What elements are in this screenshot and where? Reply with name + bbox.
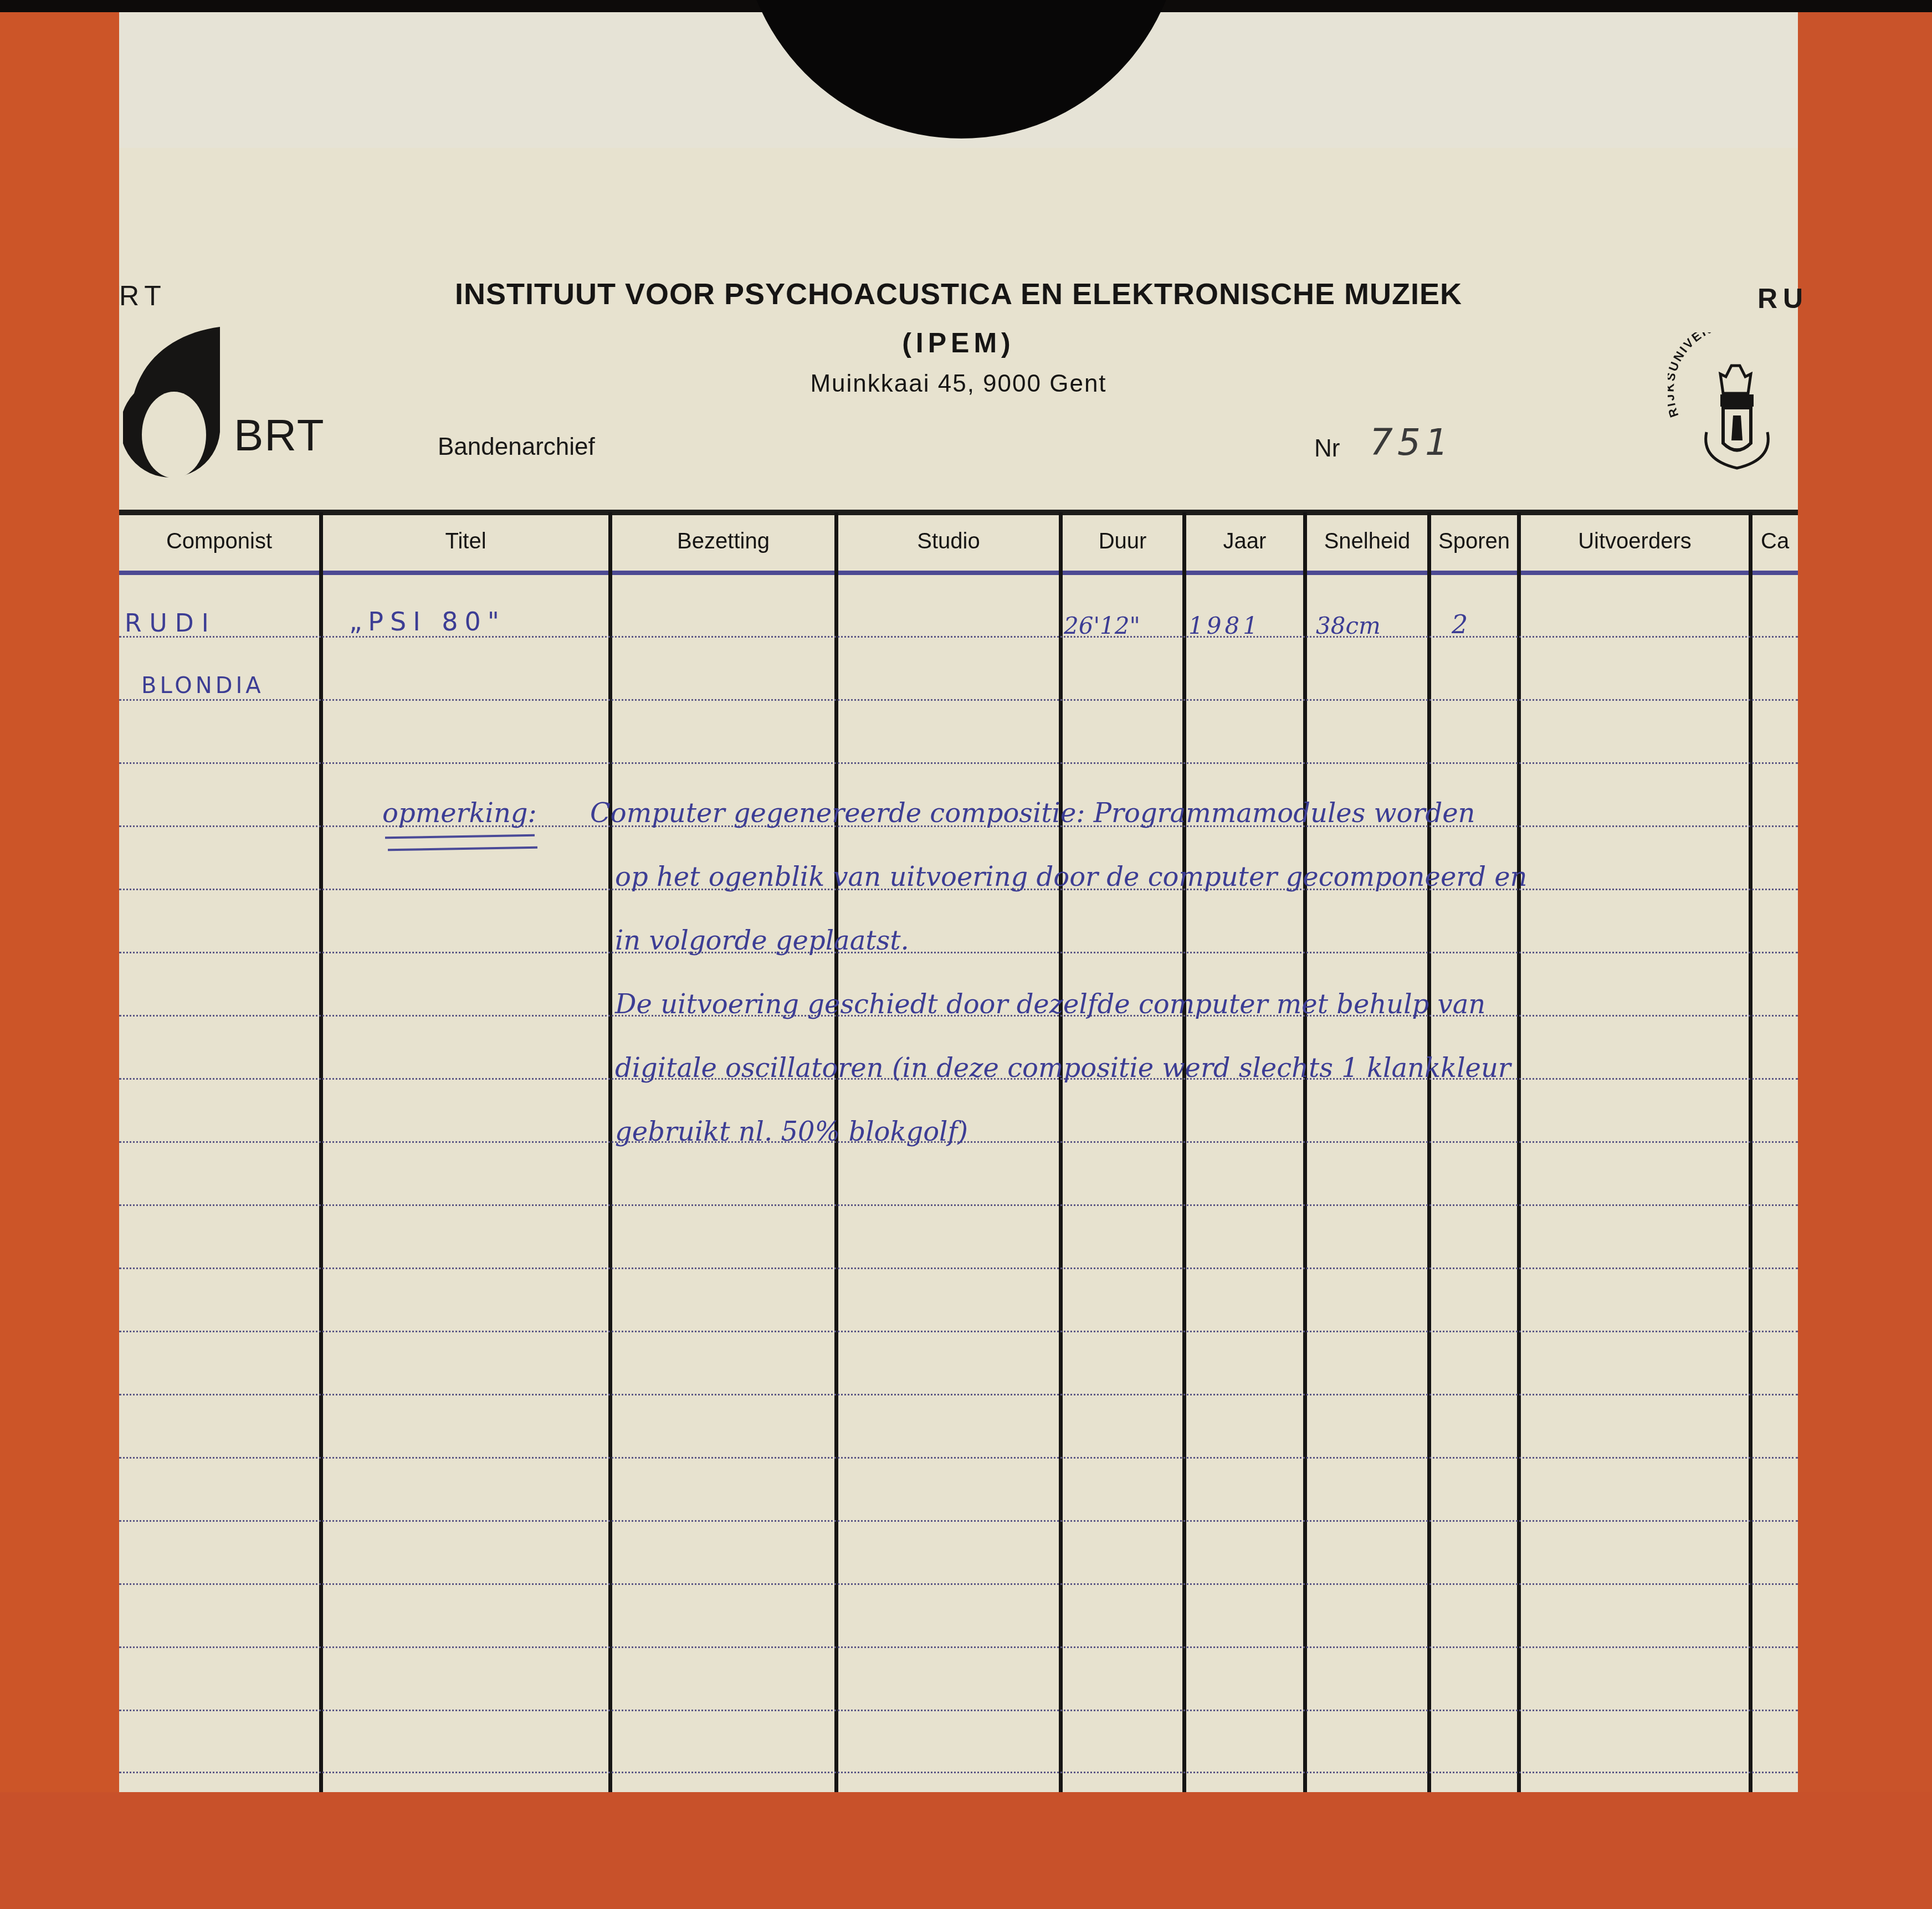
remark-line: digitale oscillatoren (in deze compositi… bbox=[615, 1053, 1511, 1084]
column-header-jaar: Jaar bbox=[1186, 529, 1303, 557]
remark-line: De uitvoering geschiedt door dezelfde co… bbox=[615, 989, 1485, 1020]
institute-address: Muinkkaai 45, 9000 Gent bbox=[119, 370, 1798, 398]
orange-frame-bottom bbox=[0, 1792, 1932, 1909]
ruled-line bbox=[119, 1267, 1798, 1269]
column-divider bbox=[608, 512, 612, 1792]
column-divider bbox=[319, 512, 323, 1792]
column-header-componist: Componist bbox=[119, 529, 319, 557]
entry-duration: 26'12" bbox=[1064, 612, 1140, 639]
column-divider bbox=[1182, 512, 1186, 1792]
remark-label: opmerking: bbox=[382, 798, 537, 829]
remark-line: gebruikt nl. 50% blokgolf) bbox=[615, 1116, 968, 1147]
ruled-line bbox=[119, 1772, 1798, 1773]
orange-frame-left bbox=[0, 12, 119, 1909]
entry-composer-first: RUDI bbox=[125, 609, 217, 638]
table-header-rule bbox=[119, 571, 1798, 575]
ruled-line bbox=[119, 1457, 1798, 1459]
ruled-line bbox=[119, 1331, 1798, 1332]
brt-logo-icon bbox=[123, 327, 223, 485]
entry-composer-last: BLONDIA bbox=[141, 673, 264, 699]
number-value: 751 bbox=[1370, 421, 1453, 464]
column-header-studio: Studio bbox=[838, 529, 1059, 557]
entry-speed: 38cm bbox=[1316, 612, 1381, 639]
entry-tracks: 2 bbox=[1452, 609, 1468, 639]
column-divider bbox=[1517, 512, 1521, 1792]
column-divider bbox=[1749, 512, 1752, 1792]
ruled-line bbox=[119, 699, 1798, 701]
column-header-sporen: Sporen bbox=[1431, 529, 1517, 557]
partial-brand-right: RU bbox=[1757, 283, 1808, 315]
ruled-line bbox=[119, 1583, 1798, 1585]
archive-label: Bandenarchief bbox=[438, 433, 595, 461]
ruled-line bbox=[119, 762, 1798, 764]
ruled-line bbox=[119, 1520, 1798, 1522]
column-header-titel: Titel bbox=[323, 529, 608, 557]
column-divider bbox=[1059, 512, 1063, 1792]
remark-line: Computer gegenereerde compositie: Progra… bbox=[590, 798, 1475, 829]
column-divider bbox=[834, 512, 838, 1792]
column-header-snelheid: Snelheid bbox=[1307, 529, 1427, 557]
institute-abbreviation: (IPEM) bbox=[119, 327, 1798, 359]
column-divider bbox=[1303, 512, 1307, 1792]
column-header-truncated: Ca bbox=[1761, 529, 1798, 557]
column-header-bezetting: Bezetting bbox=[612, 529, 834, 557]
ruled-line bbox=[119, 1394, 1798, 1395]
ruled-line bbox=[119, 1710, 1798, 1711]
entry-year: 1981 bbox=[1188, 612, 1261, 639]
table-top-rule bbox=[119, 510, 1798, 515]
institute-title: INSTITUUT VOOR PSYCHOACUSTICA EN ELEKTRO… bbox=[119, 277, 1798, 311]
university-seal-icon: RIJKSUNIVERSITEIT bbox=[1668, 332, 1801, 476]
number-label: Nr bbox=[1314, 435, 1340, 463]
remark-line: op het ogenblik van uitvoering door de c… bbox=[615, 861, 1528, 892]
ruled-line bbox=[119, 1646, 1798, 1648]
column-header-uitvoerders: Uitvoerders bbox=[1521, 529, 1749, 557]
ruled-line bbox=[119, 952, 1798, 953]
entry-title: „PSI 80" bbox=[349, 607, 506, 637]
brt-label: BRT bbox=[234, 410, 325, 461]
column-divider bbox=[1427, 512, 1431, 1792]
orange-frame-right bbox=[1798, 12, 1932, 1909]
remark-line: in volgorde geplaatst. bbox=[615, 925, 909, 956]
ruled-line bbox=[119, 1204, 1798, 1206]
column-header-duur: Duur bbox=[1063, 529, 1182, 557]
